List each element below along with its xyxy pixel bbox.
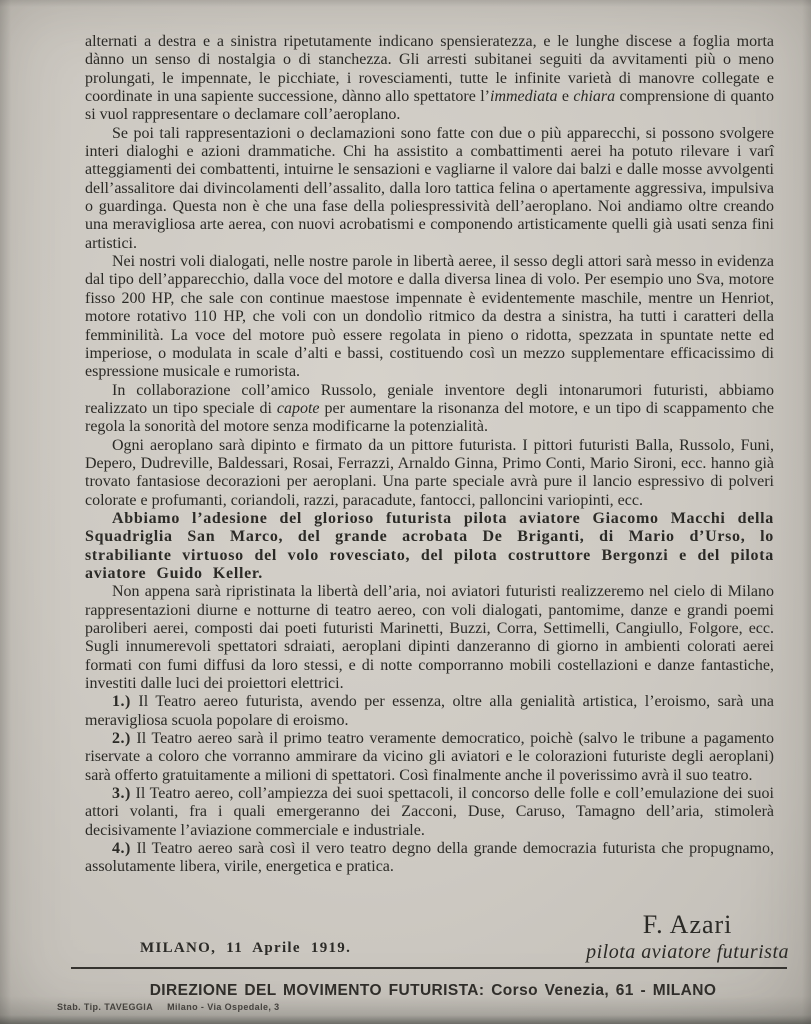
signature-name: F. Azari — [586, 910, 789, 940]
paragraph-opening: alternati a destra e a sinistra ripetuta… — [85, 33, 774, 125]
dateline: MILANO, 11 Aprile 1919. — [140, 940, 351, 957]
imprint-printer: Stab. Tip. TAVEGGIA — [57, 1002, 153, 1012]
item-number: 4.) — [112, 840, 131, 857]
imprint-address: Milano - Via Ospedale, 3 — [167, 1002, 279, 1012]
numbered-item-2: 2.) Il Teatro aereo sarà il primo teatro… — [85, 730, 774, 785]
numbered-item-3: 3.) Il Teatro aereo, coll’ampiezza dei s… — [85, 785, 774, 840]
signature-block: F. Azari pilota aviatore futurista — [586, 910, 789, 964]
signature-role: pilota aviatore futurista — [586, 941, 789, 964]
numbered-item-1: 1.) Il Teatro aereo futurista, avendo pe… — [85, 693, 774, 730]
paragraph-russolo: In collaborazione coll’amico Russolo, ge… — [85, 382, 774, 437]
paragraph-cielo-di-milano: Non appena sarà ripristinata la libertà … — [85, 583, 774, 693]
item-text: Il Teatro aereo, coll’ampiezza dei suoi … — [85, 785, 774, 839]
item-number: 3.) — [112, 785, 131, 802]
body-text: alternati a destra e a sinistra ripetuta… — [85, 33, 774, 877]
italic-word-capote: capote — [277, 400, 320, 417]
printer-imprint: Stab. Tip. TAVEGGIAMilano - Via Ospedale… — [57, 1002, 280, 1012]
italic-word-immediata: immediata — [490, 88, 558, 105]
manifesto-page: alternati a destra e a sinistra ripetuta… — [0, 0, 811, 1024]
item-text: Il Teatro aereo sarà il primo teatro ver… — [85, 730, 774, 784]
direzione-label: DIREZIONE DEL MOVIMENTO FUTURISTA: — [150, 982, 485, 999]
paragraph-adesioni-bold: Abbiamo l’adesione del glorioso futurist… — [85, 510, 774, 583]
item-number: 1.) — [112, 693, 131, 710]
numbered-item-4: 4.) Il Teatro aereo sarà così il vero te… — [85, 840, 774, 877]
italic-word-chiara: chiara — [573, 88, 615, 105]
footer-rule — [71, 967, 787, 969]
paragraph-pittori-futuristi: Ogni aeroplano sarà dipinto e firmato da… — [85, 437, 774, 510]
item-text: Il Teatro aereo futurista, avendo per es… — [85, 693, 774, 728]
paragraph-dialoghi-aerei: Se poi tali rappresentazioni o declamazi… — [85, 125, 774, 253]
paragraph-text: e — [558, 88, 574, 105]
direzione-address: Corso Venezia, 61 - MILANO — [491, 982, 716, 999]
direzione-line: DIREZIONE DEL MOVIMENTO FUTURISTA: Corso… — [55, 982, 811, 1000]
paragraph-voli-dialogati: Nei nostri voli dialogati, nelle nostre … — [85, 253, 774, 381]
item-text: Il Teatro aereo sarà così il vero teatro… — [85, 840, 774, 875]
item-number: 2.) — [112, 730, 131, 747]
